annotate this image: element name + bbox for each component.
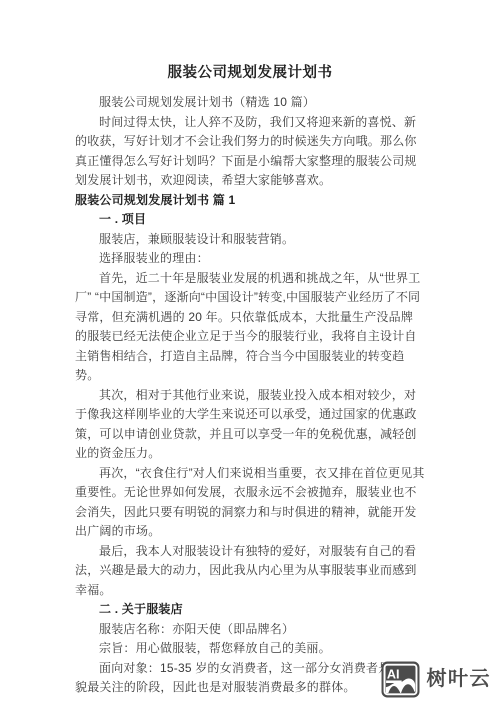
paragraph: 二 . 关于服装店 xyxy=(75,600,425,620)
paragraph: 服装店，兼顾服装设计和服装营销。 xyxy=(75,230,425,250)
paragraph: 首先，近二十年是服装业发展的机遇和挑战之年，从“世界工厂” “中国制造”，逐渐向… xyxy=(75,269,425,386)
watermark-brand: AI 树叶云 xyxy=(381,661,492,698)
paragraph: 服装店名称：亦阳天使（即品牌名） xyxy=(75,620,425,640)
logo-ai-text: AI xyxy=(386,668,399,682)
paragraph: 服装公司规划发展计划书（精选 10 篇） xyxy=(75,93,425,113)
paragraph: 其次，相对于其他行业来说，服装业投入成本相对较少，对于像我这样刚毕业的大学生来说… xyxy=(75,386,425,464)
paragraph: 宗旨：用心做服装，帮您释放自己的美丽。 xyxy=(75,639,425,659)
document-page: 服装公司规划发展计划书 服装公司规划发展计划书（精选 10 篇）时间过得太快，让… xyxy=(0,0,500,707)
paragraph: 再次，“衣食住行”对人们来说相当重要，衣又排在首位更见其重要性。无论世界如何发展… xyxy=(75,464,425,542)
brand-name: 树叶云 xyxy=(427,661,492,698)
paragraph: 面向对象：15-35 岁的女消费者，这一部分女消费者是对外貌最关注的阶段，因此也… xyxy=(75,659,425,698)
ai-image-logo-icon: AI xyxy=(381,661,420,698)
document-body: 服装公司规划发展计划书（精选 10 篇）时间过得太快，让人猝不及防，我们又将迎来… xyxy=(75,93,425,698)
document-title: 服装公司规划发展计划书 xyxy=(0,64,500,82)
paragraph: 最后，我本人对服装设计有独特的爱好，对服装有自己的看法，兴趣是最大的动力，因此我… xyxy=(75,542,425,601)
paragraph: 选择服装业的理由： xyxy=(75,249,425,269)
paragraph: 一 . 项目 xyxy=(75,210,425,230)
paragraph: 服装公司规划发展计划书 篇 1 xyxy=(75,191,425,211)
paragraph: 时间过得太快，让人猝不及防，我们又将迎来新的喜悦、新的收获，写好计划才不会让我们… xyxy=(75,113,425,191)
